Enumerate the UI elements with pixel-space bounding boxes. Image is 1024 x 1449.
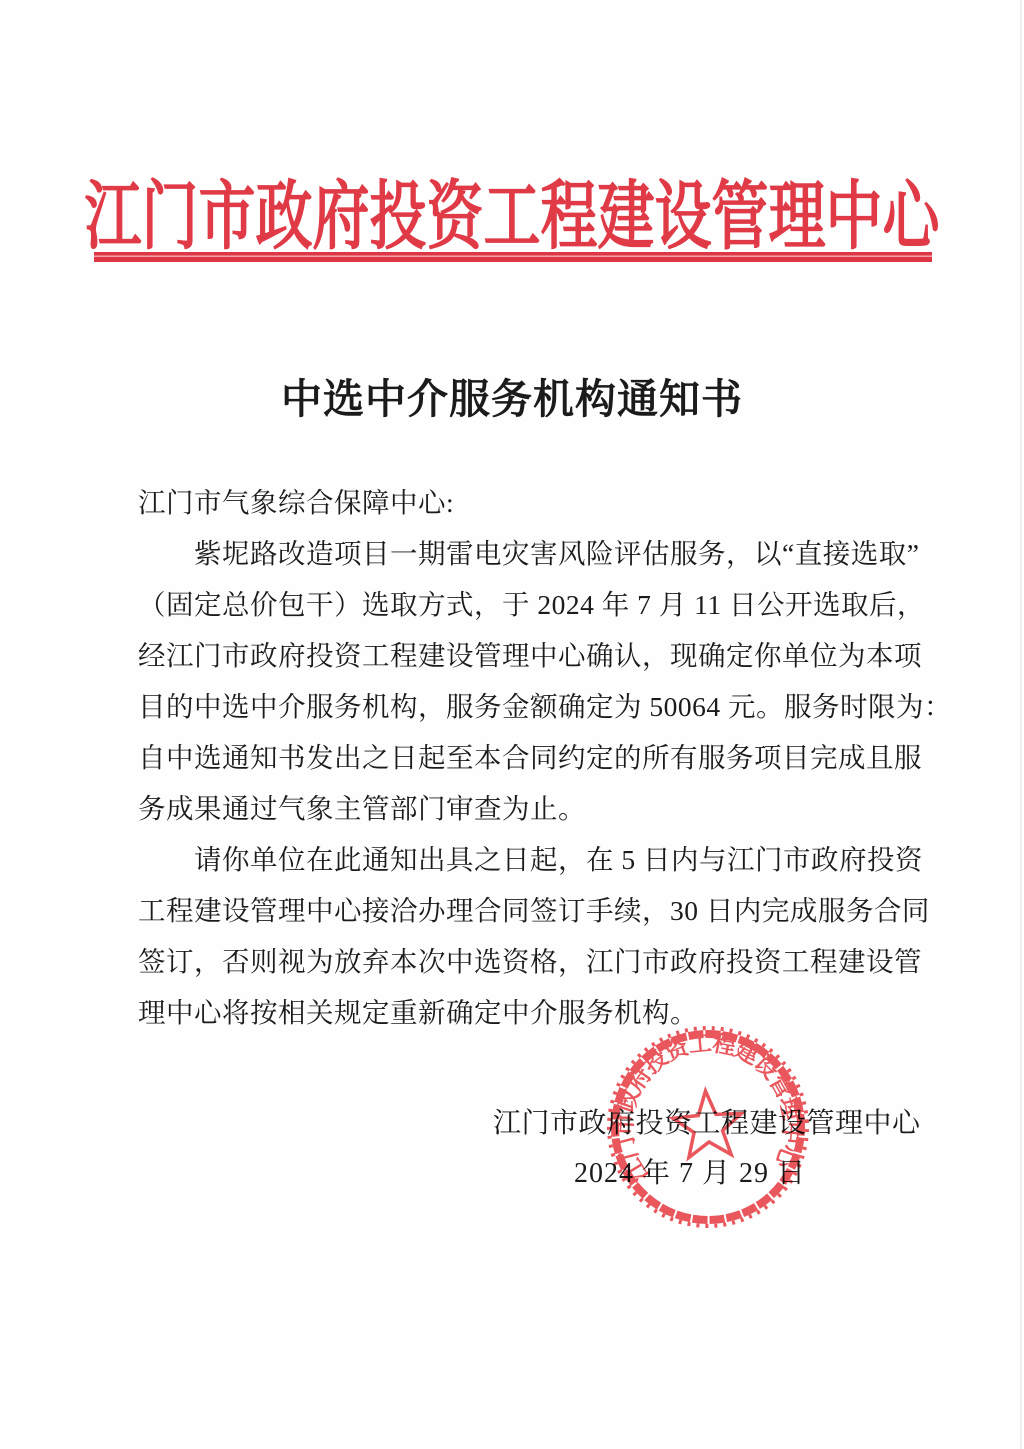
body-line: 经江门市政府投资工程建设管理中心确认，现确定你单位为本项 [138,630,938,681]
scanned-letter-page: 江门市政府投资工程建设管理中心 中选中介服务机构通知书 江门市气象综合保障中心:… [0,0,1024,1449]
document-title: 中选中介服务机构通知书 [0,366,1024,425]
letterhead-rule [94,252,932,262]
seal-star-icon [671,1089,744,1159]
body-line: 自中选通知书发出之日起至本合同约定的所有服务项目完成且服 [138,732,938,783]
body-line: 江门市气象综合保障中心: [138,477,938,528]
scan-edge-artifact [1020,0,1022,1449]
body-line: 理中心将按相关规定重新确定中介服务机构。 [138,987,938,1038]
letterhead-title: 江门市政府投资工程建设管理中心 [0,156,1024,264]
body-line: 务成果通过气象主管部门审查为止。 [138,783,938,834]
body-line: 工程建设管理中心接洽办理合同签订手续，30 日内完成服务合同 [138,885,938,936]
body-line: 签订，否则视为放弃本次中选资格，江门市政府投资工程建设管 [138,936,938,987]
body-line: 目的中选中介服务机构，服务金额确定为 50064 元。服务时限为： [138,681,938,732]
seal-ring-text: 江门市政府投资工程建设管理中心 [604,1024,808,1188]
letter-body: 江门市气象综合保障中心: 紫坭路改造项目一期雷电灾害风险评估服务，以“直接选取”… [138,477,938,1038]
body-line: 请你单位在此通知出具之日起，在 5 日内与江门市政府投资 [138,834,938,885]
official-seal: 江门市政府投资工程建设管理中心 [595,1014,821,1240]
body-line: （固定总价包干）选取方式，于 2024 年 7 月 11 日公开选取后， [138,579,938,630]
body-line: 紫坭路改造项目一期雷电灾害风险评估服务，以“直接选取” [138,528,938,579]
